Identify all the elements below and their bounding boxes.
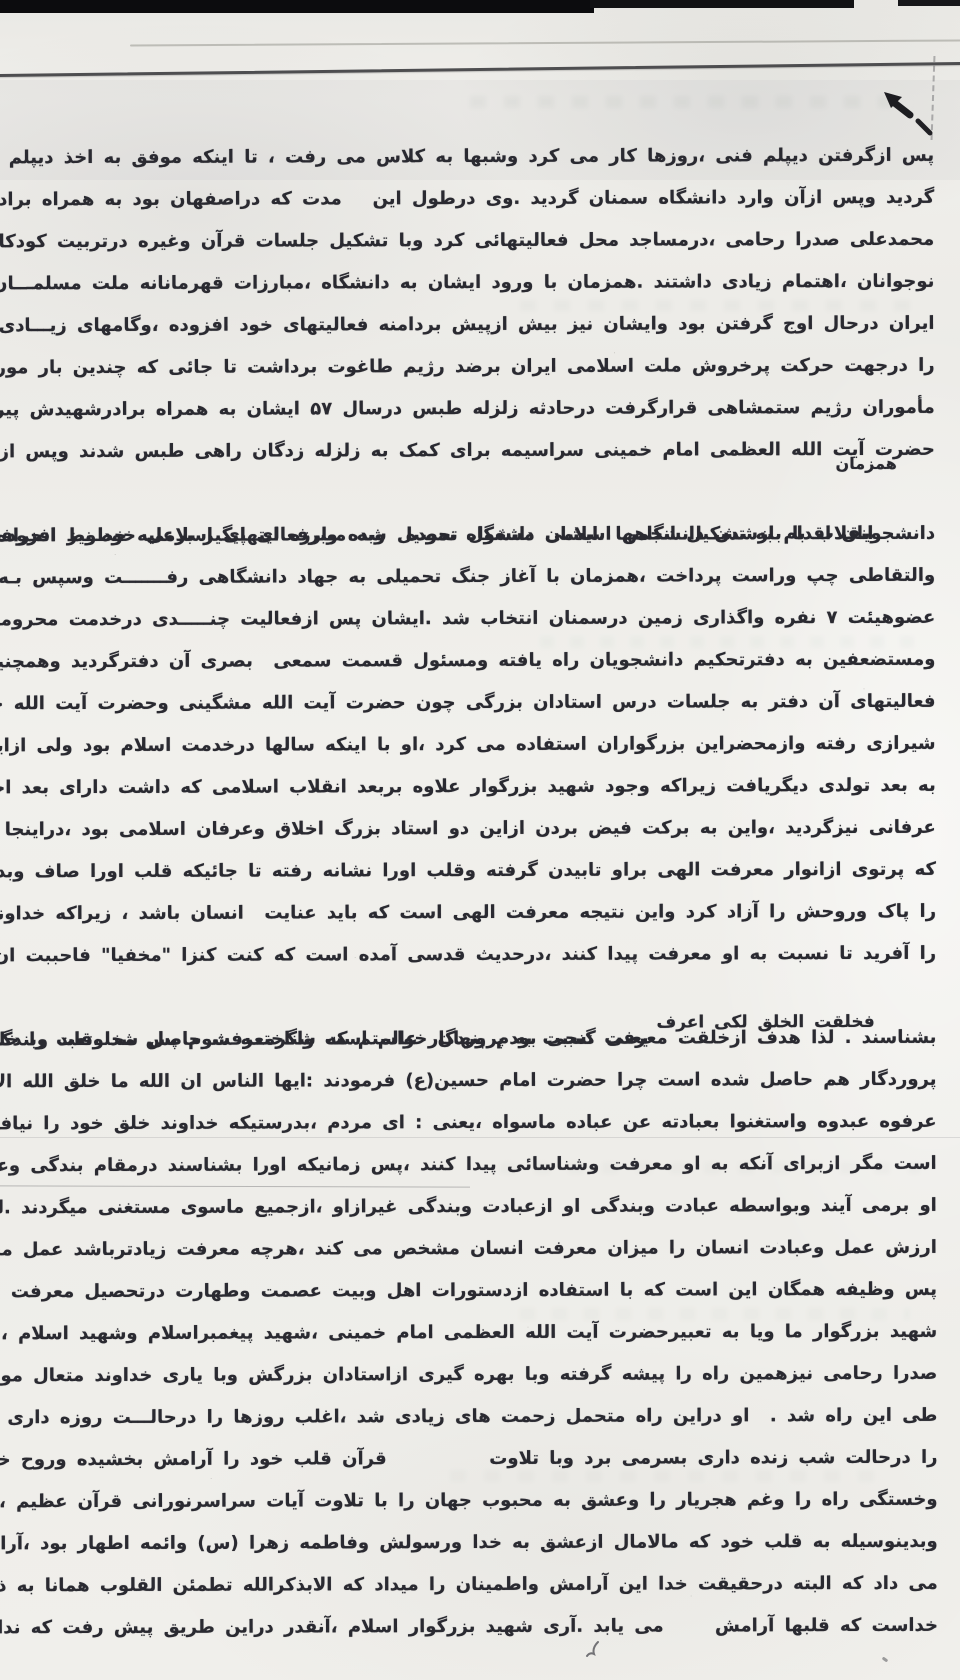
text-line: ومستضعفین به دفترتحکیم دانشجویان راه یاف… <box>19 639 935 683</box>
text-line: را پاک وروحش را آزاد کرد واین نتیجه معرف… <box>20 891 936 935</box>
text-line: که پرتوی ازانوار معرفت الهی براو تابیدن … <box>20 849 936 893</box>
text-line: وبدینوسیله به قلب خود که مالامال ازعشق ب… <box>22 1521 938 1565</box>
scan-edge-bar <box>590 0 854 8</box>
text-line: طی این راه شد . او دراین راه متحمل زحمت … <box>21 1395 937 1439</box>
text-line: ارزش عمل وعبادت انسان را میزان معرفت انس… <box>21 1227 937 1271</box>
text-line-with-insert: همزمانانقلاب با بازشدن دانشگاهها ،ایشان … <box>19 471 935 515</box>
text-line: نوجوانان ،اهتمام زیادی داشتند .همزمان با… <box>18 261 934 305</box>
scan-edge-bar <box>898 0 960 6</box>
scanned-document-page: پس ازگرفتن دیپلم فنی ،روزها کار می کرد و… <box>0 0 960 1680</box>
horizontal-rule-light <box>130 39 960 46</box>
text-line: عرفانی نیزگردید ،واین به برکت فیض بردن ا… <box>20 807 936 851</box>
text-line: وخستگی راه را وغم هجریار را وعشق به محبو… <box>22 1479 938 1523</box>
text-line: را درجهت حرکت پرخروش ملت اسلامی ایران بر… <box>19 345 935 389</box>
pen-dot-mark <box>882 1657 889 1663</box>
text-line: گردید وپس ازآن وارد دانشگاه سمنان گردید … <box>18 177 934 221</box>
text-line: عضوهیئت ۷ نفره واگذاری زمین درسمنان انتخ… <box>19 597 935 641</box>
text-line: عرفوه عبدوه واستغنوا بعبادته عن عباده ما… <box>21 1101 937 1145</box>
text-line: او برمی آیند وبواسطه عبادت وبندگی او ازع… <box>21 1185 937 1229</box>
text-line: والتقاطی چپ وراست پرداخت ،همزمان با آغاز… <box>19 555 935 599</box>
text-line: صدرا رحامی نیزهمین راه را پیشه گرفته وبا… <box>21 1353 937 1397</box>
text-line: بشناسند . لذا هدف ازخلقت معرفت نسبت به پ… <box>20 1017 936 1061</box>
text-line: شهید بزرگوار ما ویا به تعبیرحضرت آیت الل… <box>21 1311 937 1355</box>
document-body-text: پس ازگرفتن دیپلم فنی ،روزها کار می کرد و… <box>18 135 938 1649</box>
horizontal-rule-dark <box>0 62 960 77</box>
text-line: را آفرید تا نسبت به او معرفت پیدا کنند ،… <box>20 933 936 977</box>
text-line: ایران درحال اوج گرفتن بود وایشان نیز بیش… <box>18 303 934 347</box>
scan-edge-bar <box>0 0 594 13</box>
text-line: است مگر ازبرای آنکه به او معرفت وشناسائی… <box>21 1143 937 1187</box>
handwritten-insert-hamzaman: همزمان <box>836 456 897 472</box>
text-line: شیرازی رفته وازمحضراین بزرگواران استفاده… <box>20 723 936 767</box>
text-line: را درحالت شب زنده داری بسرمی برد وبا تلا… <box>21 1437 937 1481</box>
text-line: دانشجویان اقدام به تشکیل انجمن اسلامی دا… <box>19 513 935 557</box>
text-line: می داد که البته درحقیقت خدا این آرامش وا… <box>22 1563 938 1607</box>
text-line: فعالیتهای آن دفتر به جلسات درس استادان ب… <box>19 681 935 725</box>
text-line: پس ازگرفتن دیپلم فنی ،روزها کار می کرد و… <box>18 135 934 179</box>
pen-tick-mark <box>580 1638 606 1660</box>
text-line: خداست که قلبها آرامش می یابد .آری شهید ب… <box>22 1605 938 1649</box>
text-line: مأموران رژیم ستمشاهی قرارگرفت درحادثه زل… <box>19 387 935 431</box>
text-line: به بعد تولدی دیگریافت زیراکه وجود شهید ب… <box>20 765 936 809</box>
text-line: حضرت آیت الله العظمی امام خمینی سراسیمه … <box>19 429 935 473</box>
text-line: محمدعلی صدرا رحامی ،درمساجد محل فعالیتها… <box>18 219 934 263</box>
text-line-with-insert: فخلقت الخلق لکی اعرفیعنی گنجی بودم پنهان… <box>20 975 936 1019</box>
pen-arrow-mark <box>880 90 938 138</box>
text-line: پروردگار هم حاصل شده است چرا حضرت امام ح… <box>20 1059 936 1103</box>
text-line: پس وظیفه همگان این است که با استفاده ازد… <box>21 1269 937 1313</box>
